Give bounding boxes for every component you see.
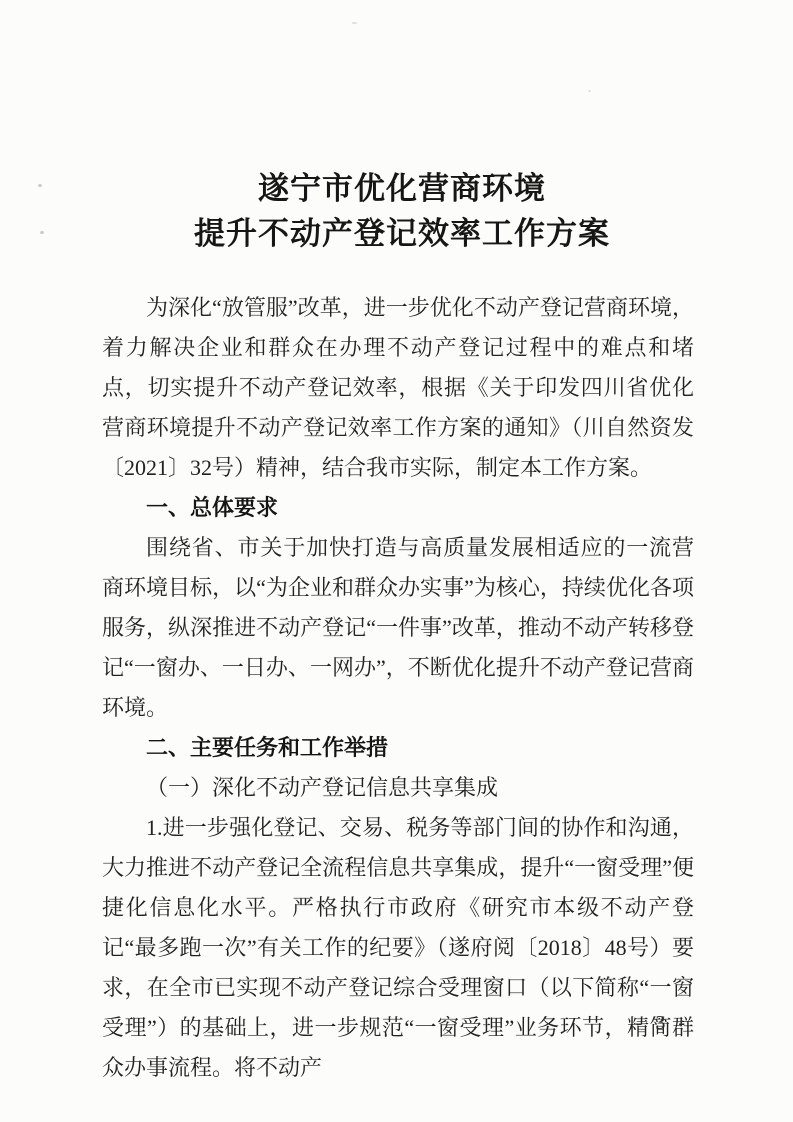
scan-speck [40, 231, 44, 234]
document-title: 遂宁市优化营商环境 提升不动产登记效率工作方案 [102, 166, 702, 256]
scan-speck [38, 184, 42, 187]
scanned-document-page: 遂宁市优化营商环境 提升不动产登记效率工作方案 为深化“放管服”改革，进一步优化… [0, 0, 793, 1122]
scan-speck [588, 90, 591, 92]
paragraph: 1.进一步强化登记、交易、税务等部门间的协作和沟通，大力推进不动产登记全流程信息… [102, 808, 694, 1088]
heading1: 二、主要任务和工作举措 [102, 728, 694, 768]
heading1: 一、总体要求 [102, 488, 694, 528]
document-title-line2: 提升不动产登记效率工作方案 [102, 211, 702, 256]
page-number: - 3 - [636, 1012, 689, 1035]
document-body: 为深化“放管服”改革，进一步优化不动产登记营商环境，着力解决企业和群众在办理不动… [102, 288, 694, 1088]
scan-speck [352, 22, 357, 24]
heading2: （一）深化不动产登记信息共享集成 [102, 768, 694, 808]
paragraph: 围绕省、市关于加快打造与高质量发展相适应的一流营商环境目标，以“为企业和群众办实… [102, 528, 694, 728]
document-title-line1: 遂宁市优化营商环境 [102, 166, 702, 211]
paragraph: 为深化“放管服”改革，进一步优化不动产登记营商环境，着力解决企业和群众在办理不动… [102, 288, 694, 488]
